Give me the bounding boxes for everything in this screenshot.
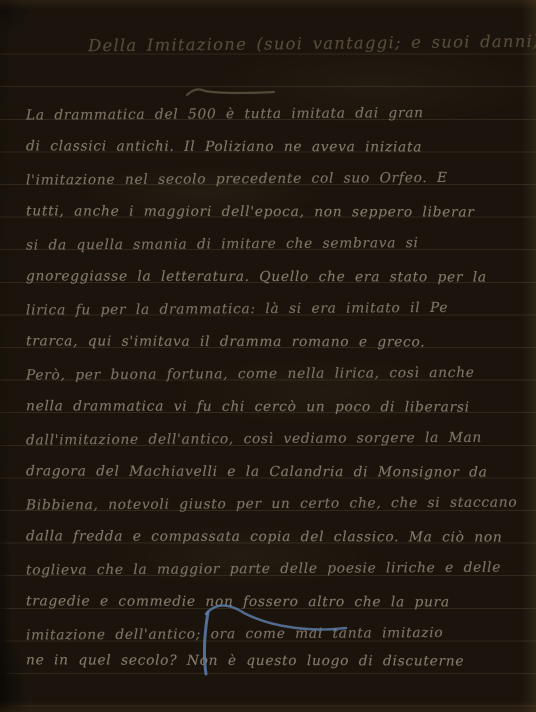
scan-edge-shadow — [0, 700, 536, 712]
handwriting-line: Bibbiena, notevoli giusto per un certo c… — [26, 496, 526, 513]
handwriting-line: nella drammatica vi fu chi cercò un poco… — [26, 400, 526, 415]
scan-edge-shadow — [522, 0, 536, 712]
handwriting-line: trarca, qui s'imitava il dramma romano e… — [26, 335, 526, 350]
scan-corner-shadow — [0, 592, 40, 712]
handwriting-line: toglieva che la maggior parte delle poes… — [26, 561, 526, 578]
handwriting-line: dall'imitazione dell'antico, così vediam… — [26, 431, 526, 448]
manuscript-page: Della Imitazione (suoi vantaggi; e suoi … — [0, 0, 536, 712]
handwriting-line: gnoreggiasse la letteratura. Quello che … — [26, 270, 526, 285]
handwriting-line: tutti, anche i maggiori dell'epoca, non … — [26, 205, 526, 220]
scan-edge-shadow — [0, 0, 536, 10]
title-flourish-stroke — [183, 80, 278, 106]
blue-pencil-mark — [188, 598, 363, 692]
handwriting-line: dragora del Machiavelli e la Calandria d… — [26, 465, 526, 480]
handwriting-line: dalla fredda e compassata copia del clas… — [26, 530, 526, 545]
handwriting-line: Però, per buona fortuna, come nella liri… — [26, 366, 526, 383]
handwriting-line: di classici antichi. Il Poliziano ne ave… — [26, 140, 526, 155]
